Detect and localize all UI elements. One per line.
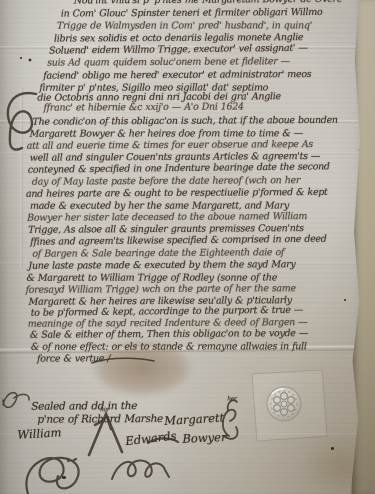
manuscript-line: Soluend' eidem Willmo Trigge, executor' … <box>49 44 308 57</box>
manuscript-line: foresayd William Trigge) wch on the part… <box>26 284 296 296</box>
handwritten-text-block: Nou'int vniu'si p' p'ntes me Margaretam … <box>0 0 375 494</box>
manuscript-line: att all and euerie time & times for euer… <box>27 140 313 152</box>
manuscript-photo: Nou'int vniu'si p' p'ntes me Margaretam … <box>0 0 375 494</box>
attestation-line: p'nce of Richard Marshe <box>37 414 163 425</box>
manuscript-line: in Com' Glouc' Spinster teneri et firmit… <box>61 8 323 20</box>
manuscript-line: conteyned & specified in one Indenture b… <box>28 162 330 175</box>
manuscript-line: suis Ad quam quidem soluc'onem bene et f… <box>47 57 290 68</box>
manuscript-line: made & executed by her the same Margaret… <box>30 202 289 212</box>
manuscript-line: faciend' obligo me hered' executor' et a… <box>43 70 311 82</box>
signature-william-forename: William <box>17 427 62 441</box>
manuscript-line: ffines and agreem'ts likewise specified … <box>30 235 326 248</box>
manuscript-line: day of May laste paste before the date h… <box>32 176 300 188</box>
manuscript-line: Bowyer her sister late deceased to the a… <box>27 212 307 224</box>
signature-william-surname: Edwards <box>125 431 177 448</box>
attestation-line: Sealed and dd in the <box>31 401 137 412</box>
manuscript-line: Nou'int vniu'si p' p'ntes me Margaretam … <box>74 0 342 6</box>
manuscript-line: ffranc' et hibernie &c xxij'o — A'o Dni … <box>43 102 243 113</box>
signature-margarett-mark-label: her <box>227 396 236 402</box>
manuscript-line: and heires parte are & ought to be respe… <box>26 188 328 200</box>
manuscript-line: of Bargen & Sale bearinge date the Eight… <box>32 248 284 260</box>
manuscript-line: & Sale & either of them, Then this oblig… <box>30 329 308 341</box>
manuscript-line: June laste paste made & executed by them… <box>28 260 295 272</box>
manuscript-line: The condic'on of this obligac'on is such… <box>33 116 338 128</box>
signature-margarett-surname: Bowyer <box>182 432 226 445</box>
signature-margarett-forename: Margarett <box>164 412 224 427</box>
manuscript-line: Trigge de Walmysden in Com' pred' husban… <box>57 21 312 31</box>
manuscript-line: & Margarett to William Trigge of Rodley … <box>26 274 277 284</box>
manuscript-line: Margarett Bowyer & her heires doe from t… <box>30 129 303 139</box>
manuscript-line: & of none effect: or els to stande & rem… <box>31 342 307 352</box>
manuscript-line: force & vertue / <box>37 354 110 364</box>
vellum-sheet: Nou'int vniu'si p' p'ntes me Margaretam … <box>0 0 375 494</box>
signature-william-mark-label: his <box>100 407 108 413</box>
